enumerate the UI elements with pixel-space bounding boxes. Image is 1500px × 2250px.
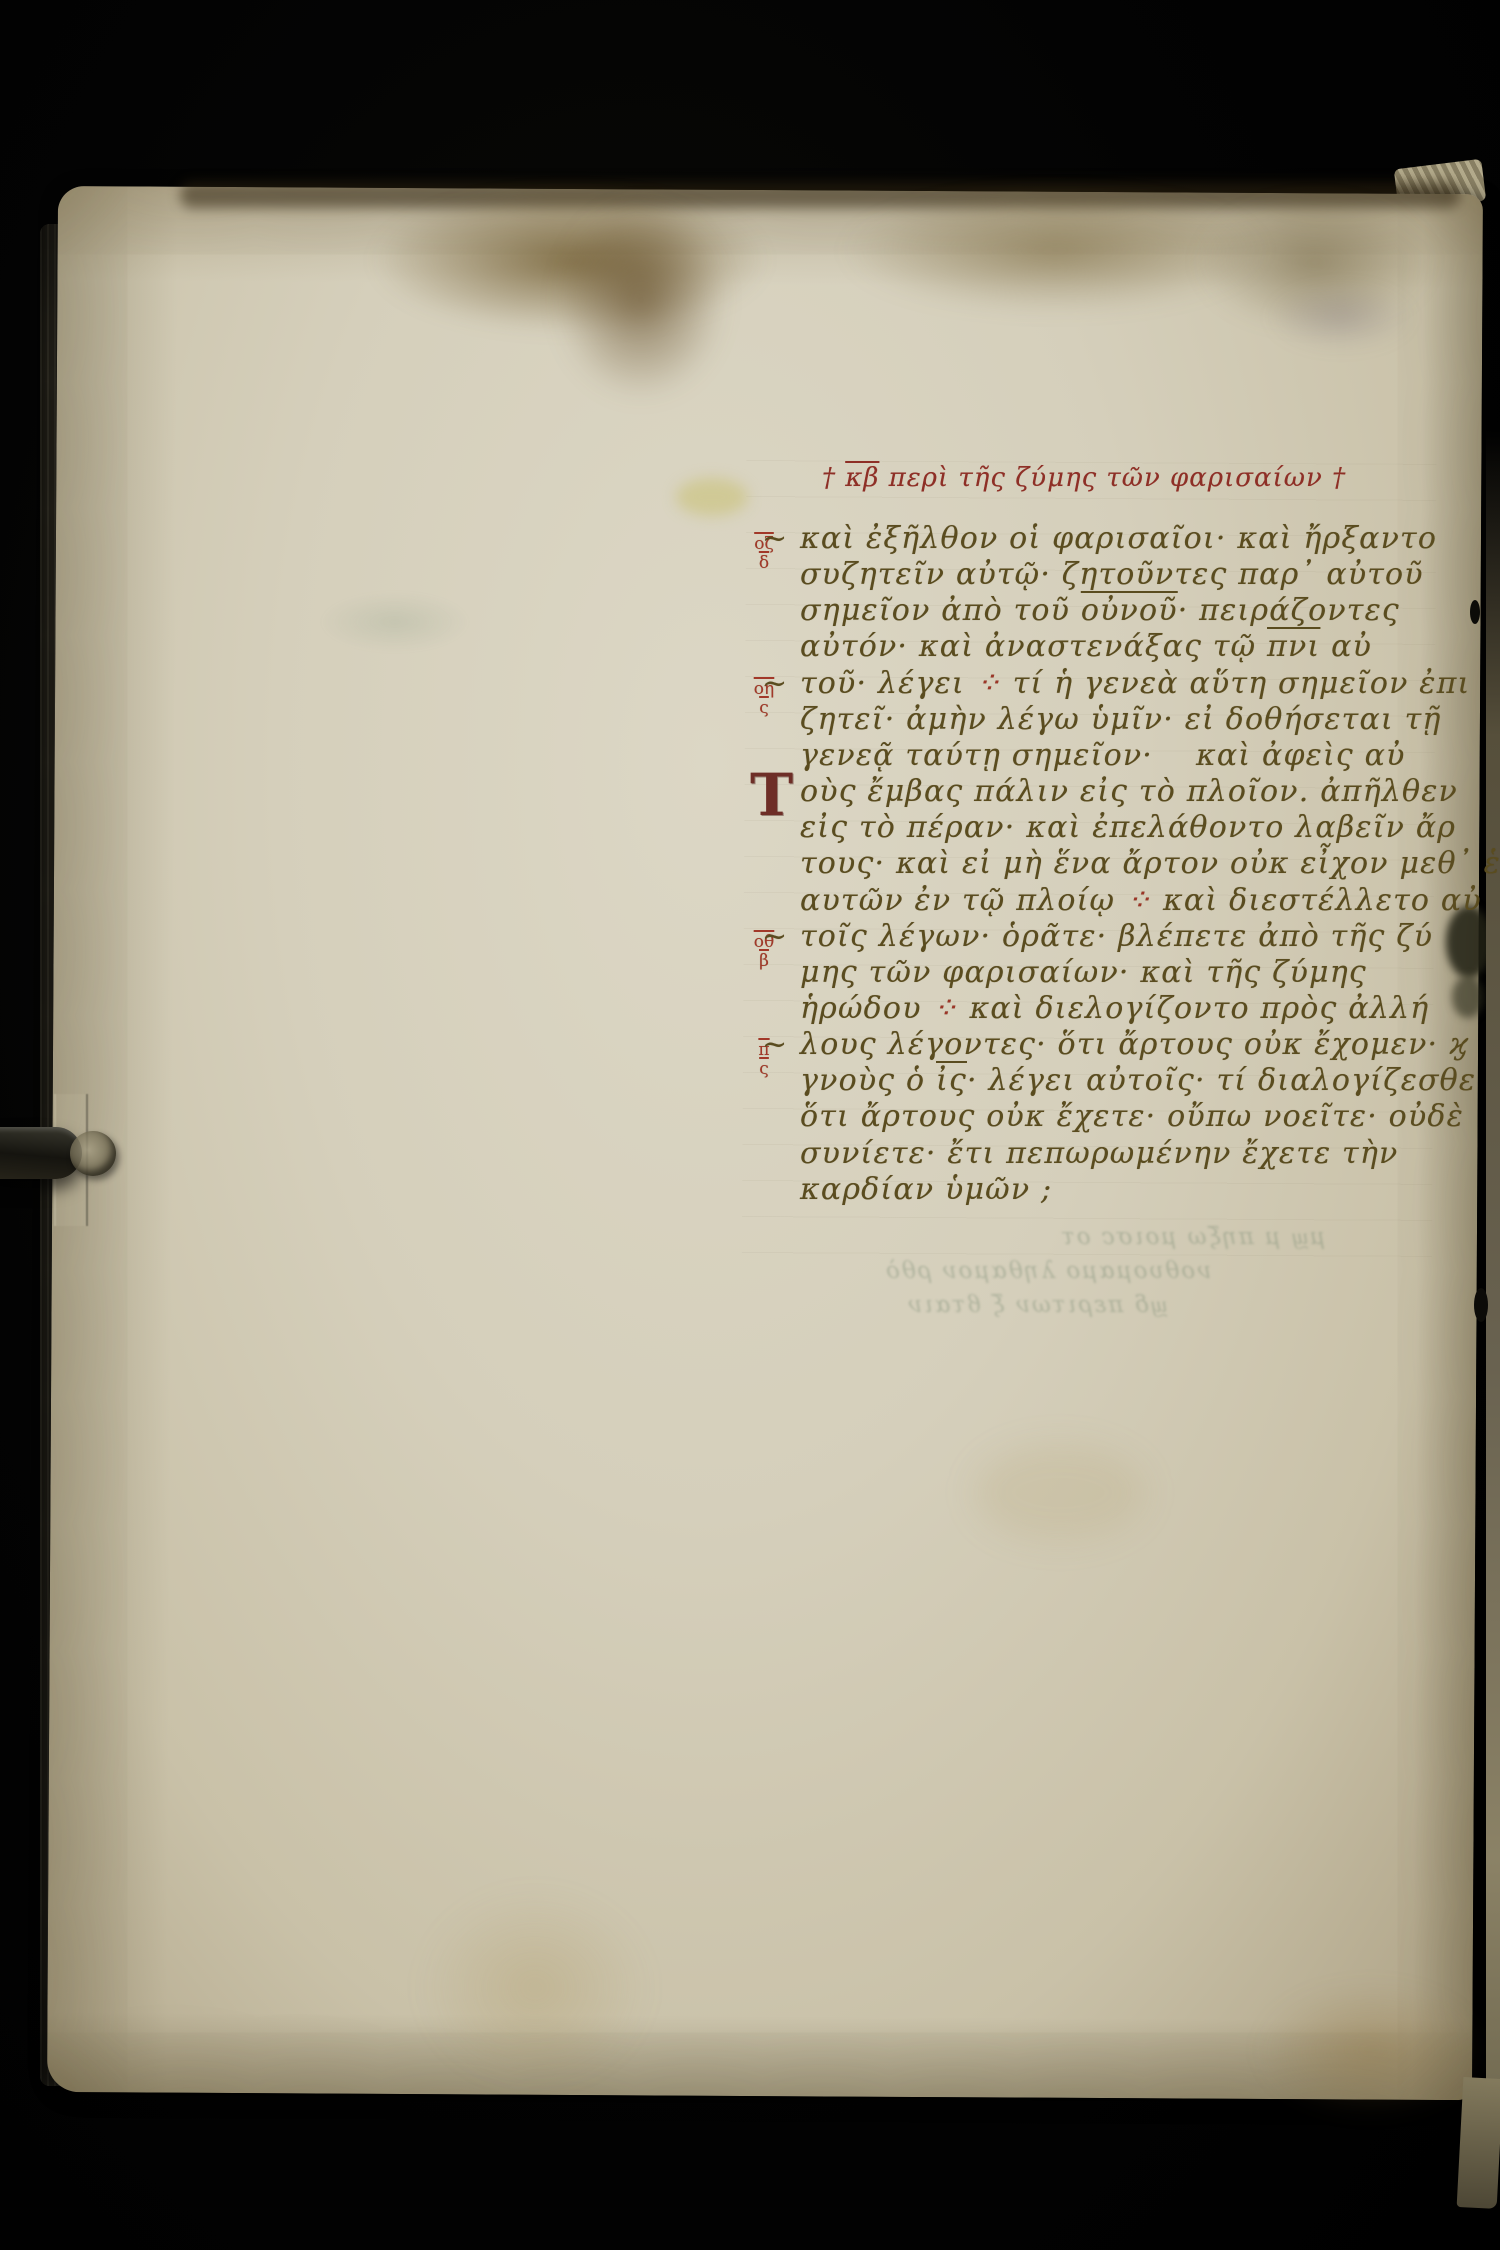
text-segment: ⁘	[976, 666, 1002, 701]
text-segment: περὶ τῆς ζύμης τῶν φαρισαίων †	[879, 463, 1346, 493]
text-segment: οὐνοῦ	[1081, 593, 1178, 628]
enlarged-initial: Τ	[750, 766, 794, 824]
text-segment: λους λέγοντες· ὅτι ἄρτους οὐκ ἔχομεν· ϗ	[800, 1027, 1469, 1062]
paragraph-squiggle: ~	[762, 919, 788, 954]
text-segment: γενεᾷ ταύτῃ σημεῖον· καὶ ἀφεὶς αὐ	[800, 738, 1406, 773]
text-segment: συζητεῖν αὐτῷ· ζητοῦντες παρ᾽ αὐτοῦ	[800, 557, 1424, 592]
chapter-title: † κβ περὶ τῆς ζύμης τῶν φαρισαίων †	[822, 463, 1346, 493]
text-line: αὐτόν· καὶ ἀναστενάξας τῷ πνι αὐ	[800, 629, 1372, 664]
paragraph-squiggle: ~	[762, 521, 788, 556]
text-segment: · πειράζοντες	[1178, 593, 1400, 628]
text-segment: · λέγει αὐτοῖς· τί διαλογίζεσθε	[967, 1063, 1476, 1098]
text-segment: σημεῖον ἀπὸ τοῦ	[800, 593, 1081, 628]
text-line: συζητεῖν αὐτῷ· ζητοῦντες παρ᾽ αὐτοῦ	[800, 557, 1424, 592]
text-line: οζδ~καὶ ἐξῆλθον οἱ φαρισαῖοι· καὶ ἤρξαντ…	[800, 521, 1437, 556]
show-through-line: νοθυομαμο ληθαμον ρθὸ	[884, 1258, 1211, 1284]
text-line: γενεᾷ ταύτῃ σημεῖον· καὶ ἀφεὶς αὐ	[800, 738, 1406, 773]
text-segment: τους· καὶ εἰ μὴ ἕνα ἄρτον οὐκ εἶχον μεθ᾽…	[800, 846, 1500, 881]
text-line: καρδίαν ὑμῶν ;	[800, 1172, 1052, 1207]
text-segment: τί ἡ γενεὰ αὕτη σημεῖον ἐπι	[1002, 666, 1471, 701]
text-segment: καὶ ἐξῆλθον οἱ φαρισαῖοι· καὶ ἤρξαντο	[800, 521, 1437, 556]
text-segment: τοῖς λέγων· ὁρᾶτε· βλέπετε ἀπὸ τῆς ζύ	[800, 919, 1433, 954]
text-line: μης τῶν φαρισαίων· καὶ τῆς ζύμης	[800, 955, 1367, 990]
text-line: Τοὺς ἔμβας πάλιν εἰς τὸ πλοῖον. ἀπῆλθεν	[800, 774, 1458, 809]
paragraph-squiggle: ~	[762, 1027, 788, 1062]
text-segment: συνίετε· ἔτι πεπωρωμένην ἔχετε τὴν	[800, 1136, 1398, 1171]
text-segment: ὅτι ἄρτους οὐκ ἔχετε· οὔπω νοεῖτε· οὐδὲ	[800, 1099, 1464, 1134]
text-segment: ἰς	[936, 1063, 967, 1098]
text-segment: αὐ	[1320, 629, 1372, 664]
text-line: ὅτι ἄρτους οὐκ ἔχετε· οὔπω νοεῖτε· οὐδὲ	[800, 1099, 1464, 1134]
text-segment: ⁘	[1126, 883, 1152, 918]
text-segment: ⁘	[932, 991, 958, 1026]
text-segment: μης τῶν φαρισαίων· καὶ τῆς ζύμης	[800, 955, 1367, 990]
text-segment: καὶ διεστέλλετο αὐ	[1152, 883, 1481, 918]
text-line: γνοὺς ὁ ἰς· λέγει αὐτοῖς· τί διαλογίζεσθ…	[800, 1063, 1476, 1098]
text-line: τους· καὶ εἰ μὴ ἕνα ἄρτον οὐκ εἶχον μεθ᾽…	[800, 846, 1500, 881]
text-line: οθβ~τοῖς λέγων· ὁρᾶτε· βλέπετε ἀπὸ τῆς ζ…	[800, 919, 1433, 954]
text-segment: αὐτόν· καὶ ἀναστενάξας τῷ	[800, 629, 1267, 664]
text-line: ἡρώδου ⁘ καὶ διελογίζοντο πρὸς ἀλλή	[800, 991, 1429, 1026]
text-segment: γνοὺς ὁ	[800, 1063, 936, 1098]
text-segment: πνι	[1267, 629, 1320, 664]
eusebian-canon: δ	[744, 554, 784, 573]
text-layer: † κβ περὶ τῆς ζύμης τῶν φαρισαίων † οζδ~…	[0, 0, 1500, 2250]
text-segment: †	[822, 463, 845, 493]
text-segment: εἰς τὸ πέραν· καὶ ἐπελάθοντο λαβεῖν ἄρ	[800, 810, 1456, 845]
text-line: συνίετε· ἔτι πεπωρωμένην ἔχετε τὴν	[800, 1136, 1398, 1171]
text-segment: κβ	[845, 463, 879, 493]
page-holder-clip-tip	[70, 1131, 116, 1176]
text-line: πς~λους λέγοντες· ὅτι ἄρτους οὐκ ἔχομεν·…	[800, 1027, 1469, 1062]
text-segment: καρδίαν ὑμῶν ;	[800, 1172, 1052, 1207]
text-segment: ζητεῖ· ἀμὴν λέγω ὑμῖν· εἰ δοθήσεται τῇ	[800, 702, 1442, 737]
text-segment: αυτῶν ἐν τῷ πλοίῳ	[800, 883, 1126, 918]
eusebian-canon: β	[744, 952, 784, 971]
paragraph-squiggle: ~	[762, 666, 788, 701]
text-segment: τοῦ· λέγει	[800, 666, 976, 701]
text-line: εἰς τὸ πέραν· καὶ ἐπελάθοντο λαβεῖν ἄρ	[800, 810, 1456, 845]
show-through-line: μϣ μ πηξω μοισϲ οτ	[1060, 1224, 1325, 1250]
text-line: αυτῶν ἐν τῷ πλοίῳ ⁘ καὶ διεστέλλετο αὐ	[800, 883, 1482, 918]
text-segment: καὶ διελογίζοντο πρὸς ἀλλή	[959, 991, 1430, 1026]
text-line: ζητεῖ· ἀμὴν λέγω ὑμῖν· εἰ δοθήσεται τῇ	[800, 702, 1442, 737]
show-through-line: ϣδ περιτων ξ ϐταιν	[906, 1292, 1167, 1318]
text-segment: ἡρώδου	[800, 991, 932, 1026]
eusebian-canon: ς	[744, 699, 784, 718]
text-line: οης~τοῦ· λέγει ⁘ τί ἡ γενεὰ αὕτη σημεῖον…	[800, 666, 1470, 701]
eusebian-canon: ς	[744, 1060, 784, 1079]
manuscript-photo: † κβ περὶ τῆς ζύμης τῶν φαρισαίων † οζδ~…	[0, 0, 1500, 2250]
text-line: σημεῖον ἀπὸ τοῦ οὐνοῦ· πειράζοντες	[800, 593, 1400, 628]
text-segment: οὺς ἔμβας πάλιν εἰς τὸ πλοῖον. ἀπῆλθεν	[800, 774, 1458, 809]
